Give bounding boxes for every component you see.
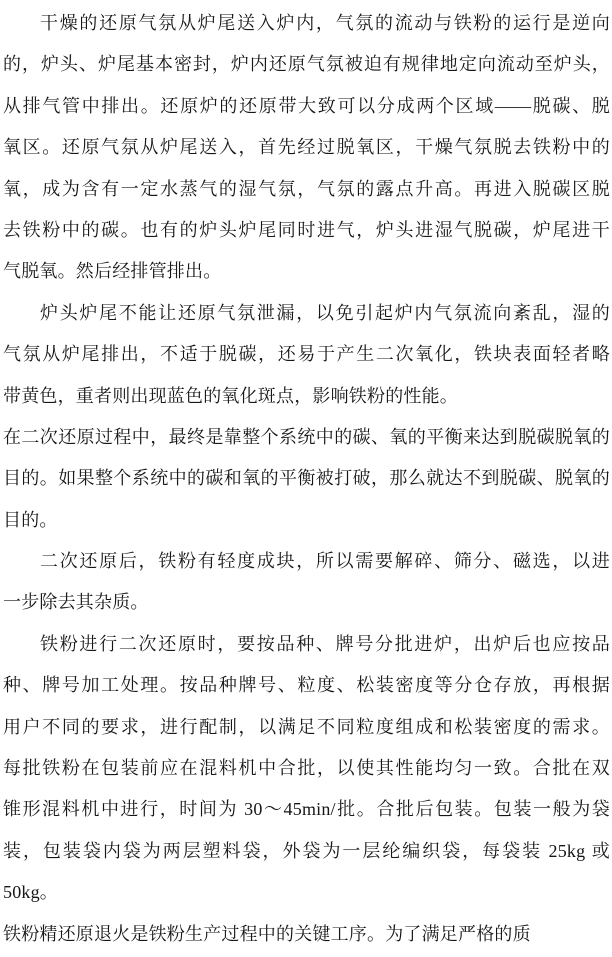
text-line: 干燥的还原气氛从炉尾送入炉内，气氛的流动与铁粉的运行是逆向 xyxy=(3,3,610,44)
text-line: 铁粉进行二次还原时，要按品种、牌号分批进炉，出炉后也应按品 xyxy=(3,624,610,665)
text-line: 带黄色，重者则出现蓝色的氧化斑点，影响铁粉的性能。 xyxy=(3,376,610,417)
text-line: 装，包装袋内袋为两层塑料袋，外袋为一层纶编织袋，每袋装 25kg 或 xyxy=(3,831,610,872)
text-line: 氧区。还原气氛从炉尾送入，首先经过脱氧区，干燥气氛脱去铁粉中的 xyxy=(3,127,610,168)
text-line: 氧，成为含有一定水蒸气的湿气氛，气氛的露点升高。再进入脱碳区脱 xyxy=(3,169,610,210)
text-line: 目的。如果整个系统中的碳和氧的平衡被打破，那么就达不到脱碳、脱氧的 xyxy=(3,458,610,499)
text-line: 用户不同的要求，进行配制，以满足不同粒度组成和松装密度的需求。 xyxy=(3,707,610,748)
document-page: 干燥的还原气氛从炉尾送入炉内，气氛的流动与铁粉的运行是逆向的，炉头、炉尾基本密封… xyxy=(0,0,612,957)
text-line: 二次还原后，铁粉有轻度成块，所以需要解碎、筛分、磁选，以进 xyxy=(3,541,610,582)
text-line: 去铁粉中的碳。也有的炉头炉尾同时进气，炉头进湿气脱碳，炉尾进干 xyxy=(3,210,610,251)
document-text: 干燥的还原气氛从炉尾送入炉内，气氛的流动与铁粉的运行是逆向的，炉头、炉尾基本密封… xyxy=(3,3,610,955)
text-line: 气脱氧。然后经排管排出。 xyxy=(3,251,610,292)
text-line: 锥形混料机中进行，时间为 30～45min/批。合批后包装。包装一般为袋 xyxy=(3,789,610,830)
text-line: 种、牌号加工处理。按品种牌号、粒度、松装密度等分仓存放，再根据 xyxy=(3,665,610,706)
text-line: 铁粉精还原退火是铁粉生产过程中的关键工序。为了满足严格的质 xyxy=(3,914,610,955)
text-line: 一步除去其杂质。 xyxy=(3,582,610,623)
text-line: 在二次还原过程中，最终是靠整个系统中的碳、氧的平衡来达到脱碳脱氧的 xyxy=(3,417,610,458)
text-line: 目的。 xyxy=(3,500,610,541)
text-line: 从排气管中排出。还原炉的还原带大致可以分成两个区域——脱碳、脱 xyxy=(3,86,610,127)
text-line: 每批铁粉在包装前应在混料机中合批，以使其性能均匀一致。合批在双 xyxy=(3,748,610,789)
text-line: 的，炉头、炉尾基本密封，炉内还原气氛被迫有规律地定向流动至炉头， xyxy=(3,44,610,85)
text-line: 50kg。 xyxy=(3,872,610,913)
text-line: 气氛从炉尾排出，不适于脱碳，还易于产生二次氧化，铁块表面轻者略 xyxy=(3,334,610,375)
text-line: 炉头炉尾不能让还原气氛泄漏，以免引起炉内气氛流向紊乱，湿的 xyxy=(3,293,610,334)
